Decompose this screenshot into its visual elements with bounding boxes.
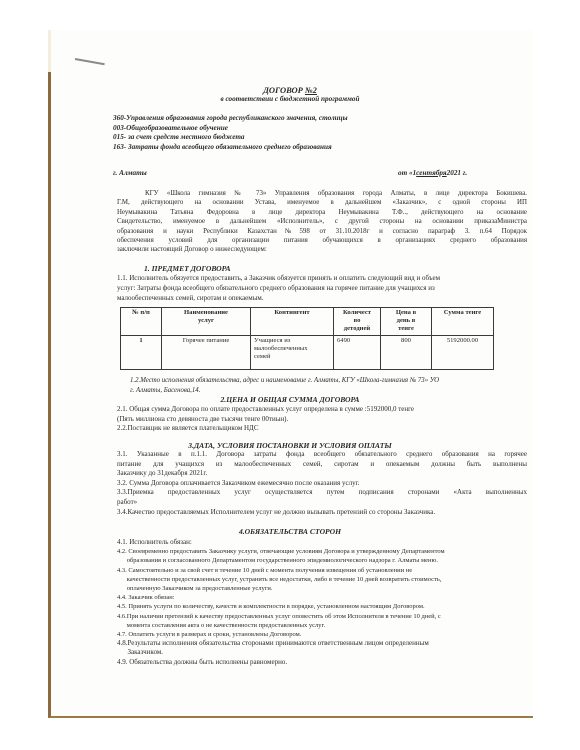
clause-line: 2.2.Поставщик не является плательщиком Н… [117, 424, 527, 434]
table-row: 1 Горячее питание Учащиеся измалообеспеч… [121, 335, 494, 369]
preamble-line: Неумывакина Татьяна Федоровна в лице дир… [117, 208, 527, 217]
clause-line: малообеспеченных семей, сиротам и опекае… [117, 293, 527, 303]
preamble-line: образования и науки Республики Казахстан… [117, 227, 527, 236]
clause-line: (Пять миллиона сто девяноста две тысячи … [117, 415, 527, 425]
contract-date: от «1сентября2021 г. [398, 170, 467, 177]
clause-1-2: 1.2.Место исполнения обязательства, адре… [130, 376, 540, 395]
budget-line: 360-Управления образования города респуб… [113, 115, 348, 122]
clause-line: питание для учащихся из малообеспеченных… [117, 460, 527, 470]
clause-line: 4.9. Обязательства должны быть исполнены… [117, 658, 527, 667]
clause-line: 3.4.Качество предоставляемых Исполнителе… [117, 508, 527, 518]
clause-line: 3.3.Приемка предоставленных услуг осущес… [117, 488, 527, 498]
clause-line: Заказчику до 31декабря 2021г. [117, 469, 527, 479]
clause-line: качественности предоставленных услуг, ус… [117, 575, 527, 584]
clause-line: 3.2. Сумма Договора оплачивается Заказчи… [117, 479, 527, 489]
clause-line: 3.1. Указанные в п.1.1. Договора затраты… [117, 450, 527, 460]
clause-line: 4.6.При наличии претензий к качеству пре… [117, 612, 527, 621]
budget-line: 003-Общеобразовательное обучение [113, 125, 228, 132]
cell-days: 6490 [334, 335, 381, 369]
clause-line: работ» [117, 498, 527, 508]
col-header-sum: Сумма тенге [432, 308, 494, 336]
clause-1-1: 1.1. Исполнитель обязуется предоставить,… [117, 273, 527, 303]
preamble-line: Свидетельство, именуемое в дальнейшем «И… [117, 217, 527, 226]
section-4-body: 4.1. Исполнитель обязан: 4.2. Своевремен… [117, 538, 527, 667]
col-header-service: Наименованиеуслуг [162, 308, 251, 336]
section-heading: 3.ДАТА, УСЛОВИЯ ПОСТАНОВКИ И УСЛОВИЯ ОПЛ… [0, 441, 580, 450]
clause-line: г. Алматы, Басенова,14. [130, 386, 540, 396]
col-header-contingent: Контингент [251, 308, 334, 336]
clause-line: услуг: Затраты фонда всеобщего обязатель… [117, 283, 527, 293]
clause-line: образования и согласованного Департамент… [117, 556, 527, 565]
cell-sum: 5192000.00 [432, 335, 494, 369]
cell-number: 1 [121, 335, 162, 369]
col-header-number: № п/п [121, 308, 162, 336]
preamble-line: Г.М, действующего на основании Устава, и… [117, 198, 527, 207]
clause-line: 4.7. Оплатить услуги в размерах и сроки,… [117, 630, 527, 639]
clause-line: 4.3. Самостоятельно и за свой счет в теч… [117, 566, 527, 575]
clause-line: 1.1. Исполнитель обязуется предоставить,… [117, 273, 527, 283]
cell-price: 800 [381, 335, 432, 369]
clause-line: 2.1. Общая сумма Договора по оплате пред… [117, 405, 527, 415]
preamble-line: заключили настоящий Договор о нижеследую… [117, 245, 527, 254]
section-heading: 1. ПРЕДМЕТ ДОГОВОРА [144, 264, 231, 273]
clause-line: 4.5. Принять услуги по количеству, качес… [117, 602, 527, 611]
col-header-days: Количестводетодней [334, 308, 381, 336]
clause-line: Заказчиком. [117, 648, 527, 657]
cell-service: Горячее питание [162, 335, 251, 369]
clause-line: 4.8.Результаты исполнения обязательства … [117, 639, 527, 648]
section-2-body: 2.1. Общая сумма Договора по оплате пред… [117, 405, 527, 434]
col-header-price: Цена вдень втенге [381, 308, 432, 336]
section-heading: 2.ЦЕНА И ОБЩАЯ СУММА ДОГОВОРА [0, 395, 580, 404]
city: г. Алматы [113, 170, 147, 177]
clause-line: момента составления акта о не качественн… [117, 621, 527, 630]
clause-line: 4.4. Заказчик обязан: [117, 593, 527, 602]
services-table: № п/п Наименованиеуслуг Контингент Колич… [120, 307, 494, 370]
clause-line: оплаченную Заказчиком за предоставленные… [117, 584, 527, 593]
budget-line: 163- Затраты фонда всеобщего обязательно… [113, 144, 332, 151]
contract-title: ДОГОВОР №2 [0, 86, 580, 95]
cell-contingent: Учащиеся измалообеспеченныхсемей [251, 335, 334, 369]
table-header-row: № п/п Наименованиеуслуг Контингент Колич… [121, 308, 494, 336]
clause-line: 4.1. Исполнитель обязан: [117, 538, 527, 547]
section-3-body: 3.1. Указанные в п.1.1. Договора затраты… [117, 450, 527, 517]
clause-line: 4.2. Своевременно предоставить Заказчику… [117, 547, 527, 556]
contract-subtitle: в соответствии с бюджетной программой [0, 96, 580, 103]
preamble-line: обеспечения условий для организации пита… [117, 236, 527, 245]
clause-line: 1.2.Место исполнения обязательства, адре… [130, 376, 540, 386]
section-heading: 4.ОБЯЗАТЕЛЬСТВА СТОРОН [0, 527, 580, 536]
page-edge [48, 30, 51, 72]
preamble: КГУ «Школа гимназия № 73» Управления обр… [117, 189, 527, 255]
budget-line: 015- за счет средств местного бюджета [113, 134, 245, 141]
preamble-line: КГУ «Школа гимназия № 73» Управления обр… [117, 189, 527, 198]
